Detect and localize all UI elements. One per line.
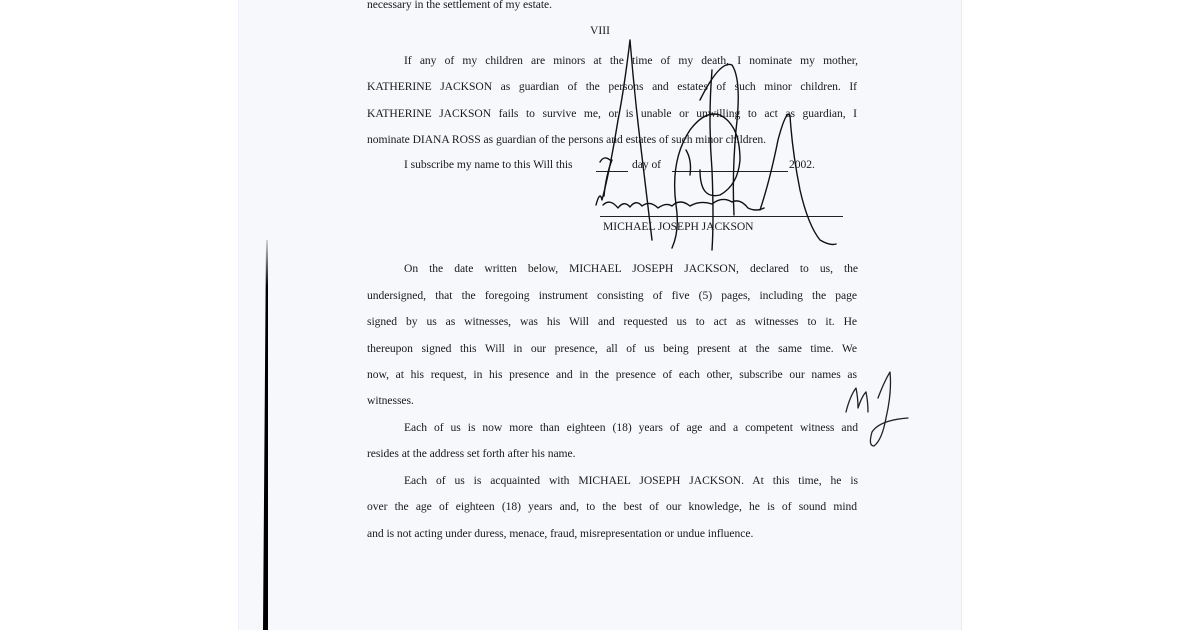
carryover-line: necessary in the settlement of my estate… — [367, 0, 552, 12]
guardian-line-4: nominate DIANA ROSS as guardian of the p… — [367, 133, 766, 147]
acquaintance-line-2: over the age of eighteen (18) years and,… — [367, 500, 857, 514]
attestation-line-3: signed by us as witnesses, was his Will … — [367, 315, 857, 329]
guardian-line-1: If any of my children are minors at the … — [404, 54, 858, 68]
attestation-line-4: thereupon signed this Will in our presen… — [367, 342, 857, 356]
attestation-line-1: On the date written below, MICHAEL JOSEP… — [404, 262, 858, 276]
section-heading: VIII — [590, 24, 610, 37]
month-blank — [672, 171, 788, 172]
attestation-line-5: now, at his request, in his presence and… — [367, 368, 857, 382]
age-line-1: Each of us is now more than eighteen (18… — [404, 421, 858, 435]
signature-line — [600, 216, 843, 217]
subscribe-middle: day of — [632, 158, 661, 172]
acquaintance-line-1: Each of us is acquainted with MICHAEL JO… — [404, 474, 858, 488]
guardian-line-3: KATHERINE JACKSON fails to survive me, o… — [367, 107, 857, 121]
guardian-line-2: KATHERINE JACKSON as guardian of the per… — [367, 80, 857, 94]
subscribe-year: 2002. — [789, 158, 815, 172]
age-line-2: resides at the address set forth after h… — [367, 447, 575, 461]
subscribe-prefix: I subscribe my name to this Will this — [404, 158, 572, 172]
signatory-name: MICHAEL JOSEPH JACKSON — [603, 220, 754, 234]
attestation-line-2: undersigned, that the foregoing instrume… — [367, 289, 857, 303]
attestation-line-6: witnesses. — [367, 394, 414, 408]
day-blank — [596, 171, 628, 172]
acquaintance-line-3: and is not acting under duress, menace, … — [367, 527, 753, 541]
